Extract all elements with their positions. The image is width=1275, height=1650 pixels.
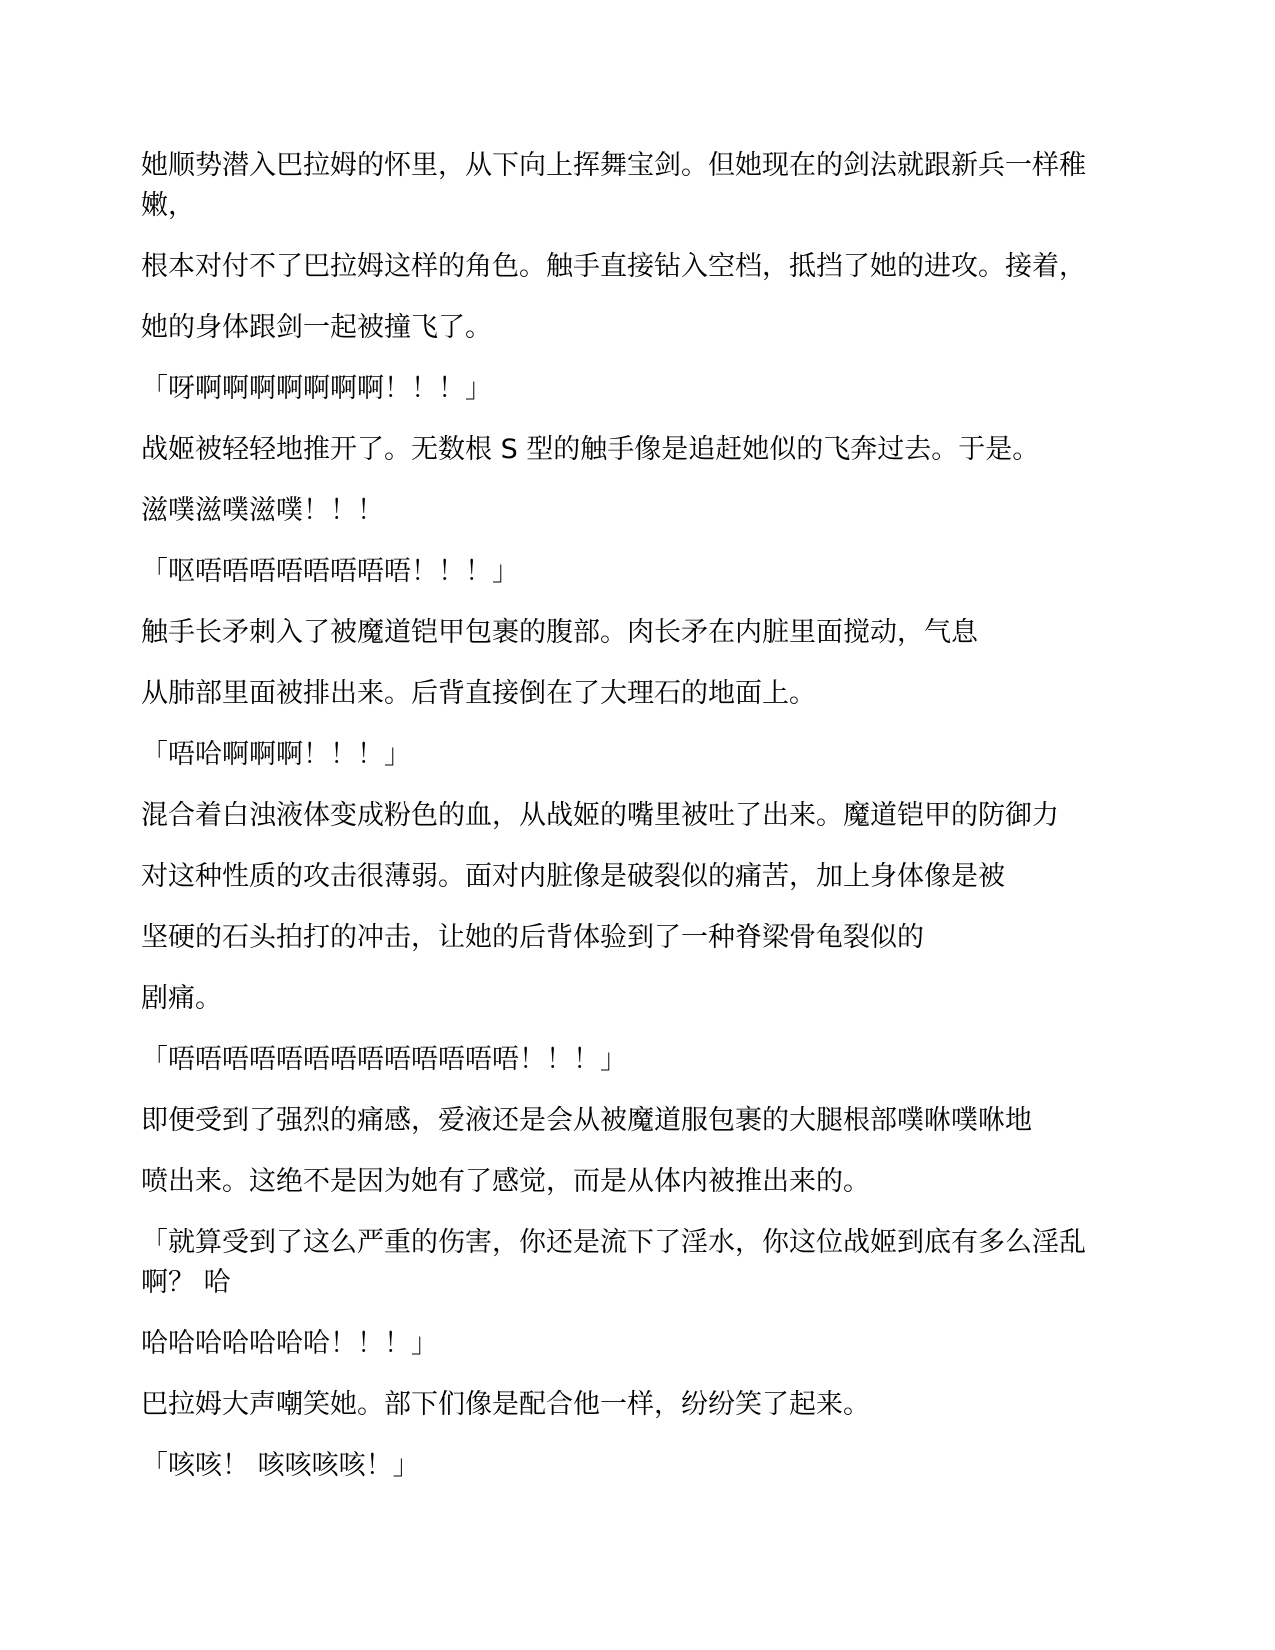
- text-line: 对这种性质的攻击很薄弱。面对内脏像是破裂似的痛苦，加上身体像是被: [141, 857, 1145, 897]
- paragraph: 「咳咳！ 咳咳咳咳！」: [141, 1446, 1145, 1486]
- paragraph: 对这种性质的攻击很薄弱。面对内脏像是破裂似的痛苦，加上身体像是被: [141, 857, 1145, 897]
- paragraph: 混合着白浊液体变成粉色的血，从战姬的嘴里被吐了出来。魔道铠甲的防御力: [141, 796, 1145, 836]
- paragraph: 剧痛。: [141, 979, 1145, 1019]
- paragraph: 「唔唔唔唔唔唔唔唔唔唔唔唔唔！！！」: [141, 1040, 1145, 1080]
- text-line: 即便受到了强烈的痛感，爱液还是会从被魔道服包裹的大腿根部噗咻噗咻地: [141, 1101, 1145, 1141]
- text-line: 她的身体跟剑一起被撞飞了。: [141, 308, 1145, 348]
- paragraph: 她的身体跟剑一起被撞飞了。: [141, 308, 1145, 348]
- text-line: 「就算受到了这么严重的伤害，你还是流下了淫水，你这位战姬到底有多么淫乱: [141, 1223, 1145, 1263]
- paragraph: 从肺部里面被排出来。后背直接倒在了大理石的地面上。: [141, 674, 1145, 714]
- paragraph: 根本对付不了巴拉姆这样的角色。触手直接钻入空档，抵挡了她的进攻。接着，: [141, 247, 1145, 287]
- text-line: 嫩，: [141, 186, 1145, 226]
- text-line: 坚硬的石头拍打的冲击，让她的后背体验到了一种脊梁骨龟裂似的: [141, 918, 1145, 958]
- paragraph: 「呕唔唔唔唔唔唔唔唔！！！」: [141, 552, 1145, 592]
- text-line: 滋噗滋噗滋噗！！！: [141, 491, 1145, 531]
- paragraph: 喷出来。这绝不是因为她有了感觉，而是从体内被推出来的。: [141, 1162, 1145, 1202]
- paragraph: 哈哈哈哈哈哈哈！！！」: [141, 1324, 1145, 1364]
- text-line: 啊？ 哈: [141, 1263, 1145, 1303]
- text-line: 「咳咳！ 咳咳咳咳！」: [141, 1446, 1145, 1486]
- paragraph: 滋噗滋噗滋噗！！！: [141, 491, 1145, 531]
- text-line: 从肺部里面被排出来。后背直接倒在了大理石的地面上。: [141, 674, 1145, 714]
- text-line: 「呕唔唔唔唔唔唔唔唔！！！」: [141, 552, 1145, 592]
- document-page: 她顺势潜入巴拉姆的怀里，从下向上挥舞宝剑。但她现在的剑法就跟新兵一样稚嫩，根本对…: [0, 0, 1275, 1650]
- text-line: 「唔唔唔唔唔唔唔唔唔唔唔唔唔！！！」: [141, 1040, 1145, 1080]
- text-content: 她顺势潜入巴拉姆的怀里，从下向上挥舞宝剑。但她现在的剑法就跟新兵一样稚嫩，根本对…: [141, 146, 1145, 1486]
- text-line: 触手长矛刺入了被魔道铠甲包裹的腹部。肉长矛在内脏里面搅动，气息: [141, 613, 1145, 653]
- text-line: 根本对付不了巴拉姆这样的角色。触手直接钻入空档，抵挡了她的进攻。接着，: [141, 247, 1145, 287]
- paragraph: 「呀啊啊啊啊啊啊啊！！！」: [141, 369, 1145, 409]
- paragraph: 战姬被轻轻地推开了。无数根 S 型的触手像是追赶她似的飞奔过去。于是。: [141, 430, 1145, 470]
- text-line: 她顺势潜入巴拉姆的怀里，从下向上挥舞宝剑。但她现在的剑法就跟新兵一样稚: [141, 146, 1145, 186]
- text-line: 哈哈哈哈哈哈哈！！！」: [141, 1324, 1145, 1364]
- paragraph: 「就算受到了这么严重的伤害，你还是流下了淫水，你这位战姬到底有多么淫乱啊？ 哈: [141, 1223, 1145, 1303]
- paragraph: 「唔哈啊啊啊！！！」: [141, 735, 1145, 775]
- paragraph: 她顺势潜入巴拉姆的怀里，从下向上挥舞宝剑。但她现在的剑法就跟新兵一样稚嫩，: [141, 146, 1145, 226]
- paragraph: 触手长矛刺入了被魔道铠甲包裹的腹部。肉长矛在内脏里面搅动，气息: [141, 613, 1145, 653]
- paragraph: 即便受到了强烈的痛感，爱液还是会从被魔道服包裹的大腿根部噗咻噗咻地: [141, 1101, 1145, 1141]
- text-line: 战姬被轻轻地推开了。无数根 S 型的触手像是追赶她似的飞奔过去。于是。: [141, 430, 1145, 470]
- paragraph: 坚硬的石头拍打的冲击，让她的后背体验到了一种脊梁骨龟裂似的: [141, 918, 1145, 958]
- text-line: 喷出来。这绝不是因为她有了感觉，而是从体内被推出来的。: [141, 1162, 1145, 1202]
- text-line: 「唔哈啊啊啊！！！」: [141, 735, 1145, 775]
- paragraph: 巴拉姆大声嘲笑她。部下们像是配合他一样，纷纷笑了起来。: [141, 1385, 1145, 1425]
- text-line: 「呀啊啊啊啊啊啊啊！！！」: [141, 369, 1145, 409]
- text-line: 混合着白浊液体变成粉色的血，从战姬的嘴里被吐了出来。魔道铠甲的防御力: [141, 796, 1145, 836]
- text-line: 剧痛。: [141, 979, 1145, 1019]
- text-line: 巴拉姆大声嘲笑她。部下们像是配合他一样，纷纷笑了起来。: [141, 1385, 1145, 1425]
